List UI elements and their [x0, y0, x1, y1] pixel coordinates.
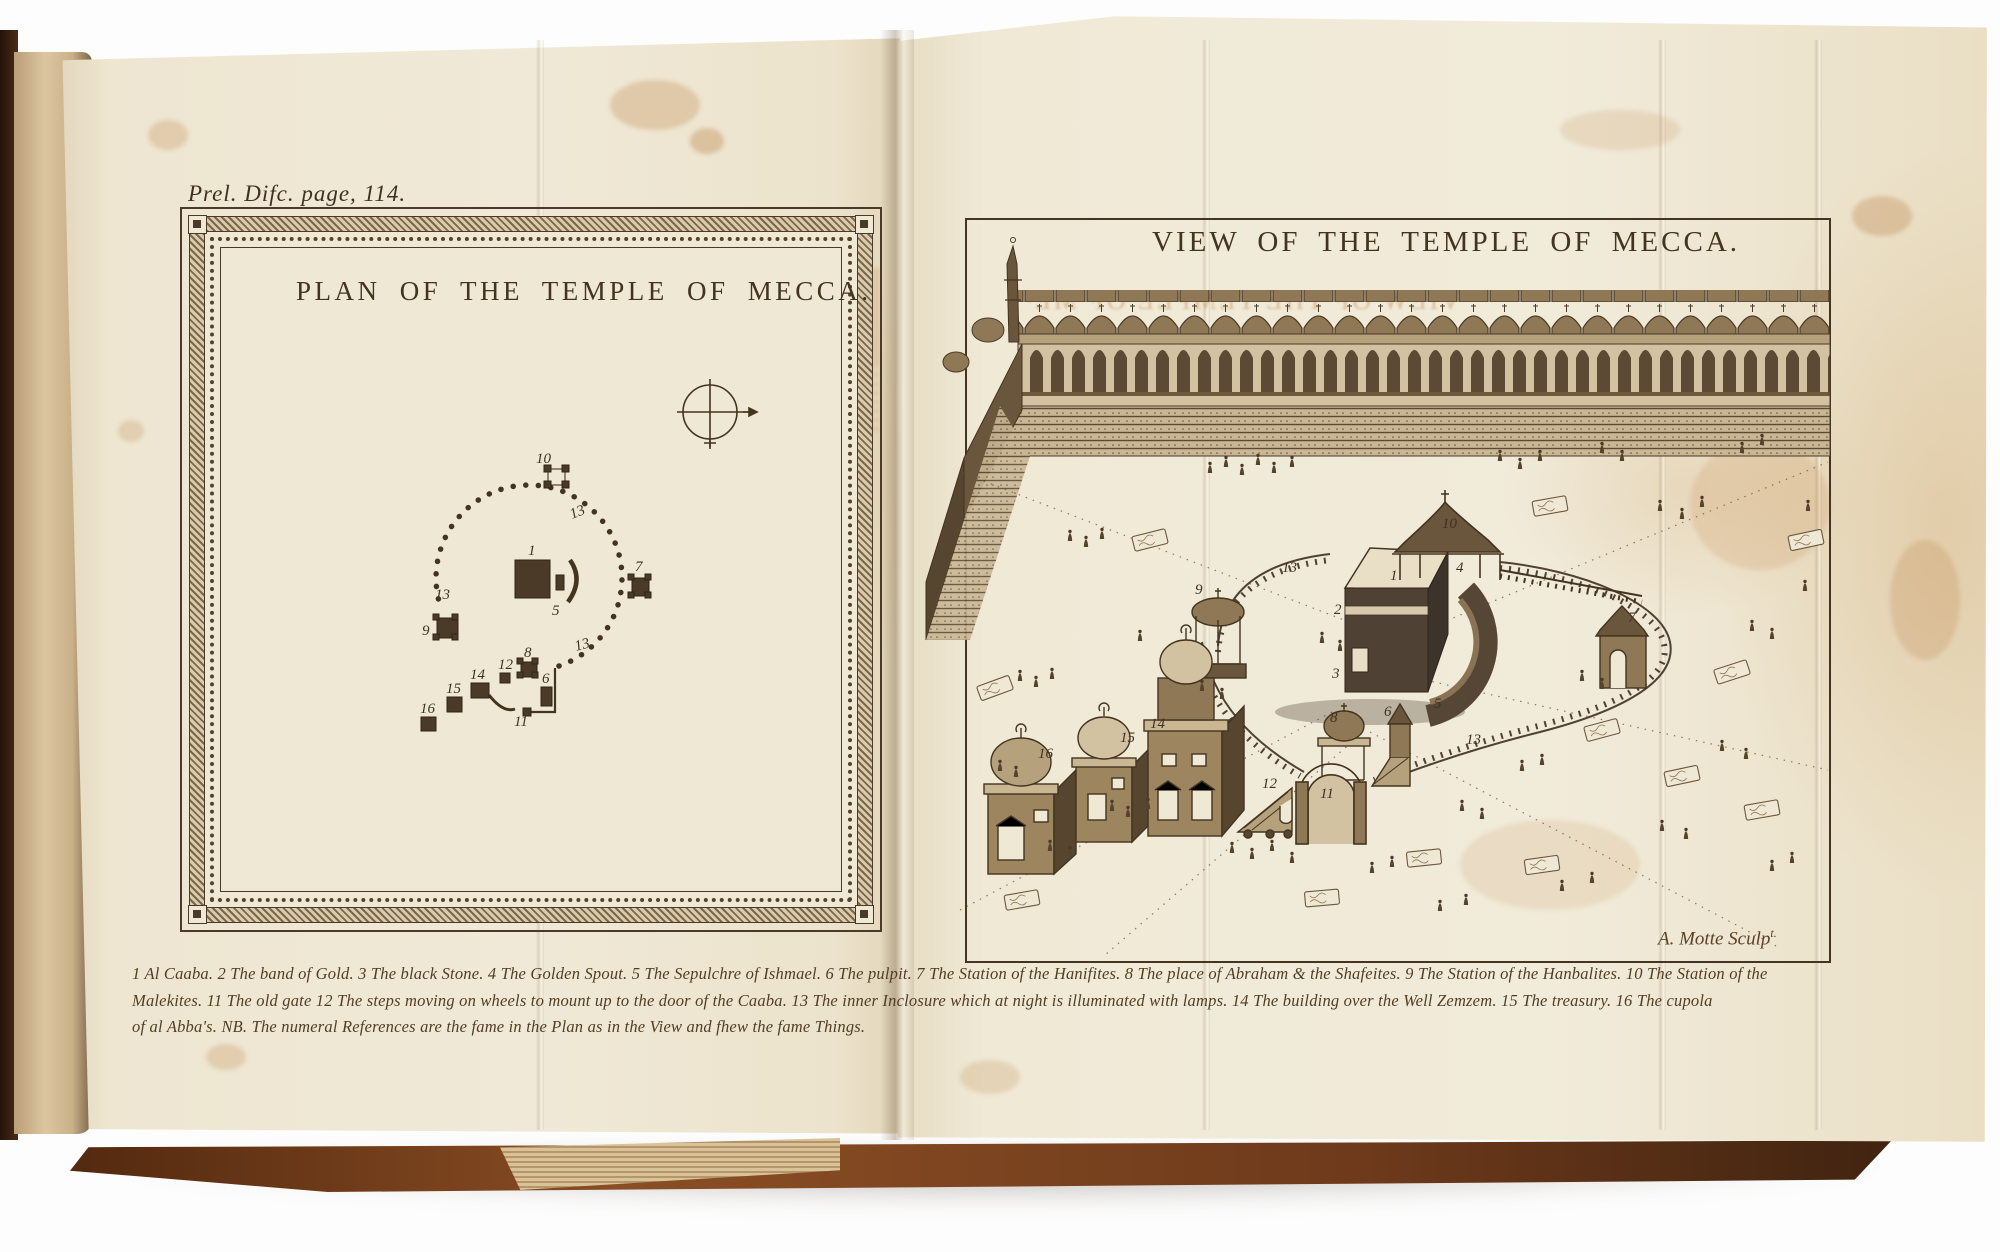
plan-structure-10: [544, 465, 569, 488]
caption-line-1: 1 Al Caaba. 2 The band of Gold. 3 The bl…: [132, 961, 1872, 988]
plan-structure-16: [421, 717, 436, 731]
plan-label-10: 10: [536, 451, 552, 467]
view-label-6: 6: [1384, 704, 1392, 720]
view-label-12: 12: [1262, 776, 1278, 792]
signature-superscript: t.: [1770, 926, 1776, 940]
book-photograph: VIEW OF THE TEMPLE OF MECCA. Prel. Difc.…: [0, 0, 2000, 1252]
plan-label-13b: 13: [435, 587, 450, 603]
view-label-13a: 13: [1282, 560, 1297, 576]
plan-steps-curve: [489, 695, 515, 710]
cupola-16: [984, 724, 1076, 874]
caaba-gold-band: [1345, 606, 1428, 615]
caaba: [1275, 548, 1487, 725]
fox-stain: [1560, 110, 1680, 150]
view-label-15: 15: [1120, 730, 1136, 746]
caaba-door: [1352, 648, 1368, 672]
view-label-4: 4: [1456, 560, 1464, 576]
plan-caaba-door: [556, 575, 564, 590]
view-label-5: 5: [1434, 696, 1442, 712]
plate-caption: 1 Al Caaba. 2 The band of Gold. 3 The bl…: [132, 961, 1872, 1041]
view-label-11: 11: [1320, 786, 1334, 802]
old-gate-11: [1296, 764, 1366, 844]
plan-label-5: 5: [552, 603, 560, 619]
view-label-13b: 13: [1466, 732, 1481, 748]
treasury-15: [1072, 703, 1150, 842]
view-label-16: 16: [1038, 746, 1054, 762]
plan-label-9: 9: [422, 623, 430, 639]
plan-structure-6: [541, 687, 552, 706]
view-label-8: 8: [1330, 710, 1338, 726]
plan-label-12: 12: [498, 657, 514, 673]
fox-stain: [148, 120, 188, 150]
plan-label-6: 6: [542, 671, 550, 687]
plan-label-15: 15: [446, 681, 462, 697]
view-label-3: 3: [1331, 666, 1340, 682]
signature-text: A. Motte Sculp: [1658, 928, 1770, 949]
view-label-9: 9: [1195, 582, 1203, 598]
plan-sepulchre-arc: [568, 560, 577, 602]
plan-structure-14: [471, 683, 489, 698]
compass-rose: [677, 379, 757, 449]
view-label-2: 2: [1334, 602, 1342, 618]
plan-drawing: 10 13 1 5 7 13 9 13 8 12 14 15 16 6 11: [180, 207, 878, 928]
plan-structure-7: [628, 574, 651, 598]
plan-label-1: 1: [528, 543, 536, 559]
caption-line-3: of al Abba's. NB. The numeral References…: [132, 1014, 1872, 1041]
plan-label-8: 8: [524, 645, 532, 661]
view-label-14: 14: [1150, 716, 1166, 732]
plan-label-13c: 13: [573, 636, 592, 655]
fox-stain: [960, 1060, 1020, 1094]
plan-structure-12: [500, 673, 510, 683]
plan-label-14: 14: [470, 667, 486, 683]
page-reference-note: Prel. Difc. page, 114.: [188, 181, 406, 207]
view-drawing: 10 1 2 3 4 5 6 7 8 9 11 12 13 13 14 15 1…: [900, 210, 1988, 960]
wheeled-steps-12: [1238, 788, 1292, 838]
fox-stain: [118, 420, 144, 442]
plan-structure-9: [433, 614, 458, 640]
plan-label-16: 16: [420, 701, 436, 717]
plan-caaba-1: [515, 560, 550, 598]
plan-structure-15: [447, 697, 462, 712]
view-label-1: 1: [1390, 568, 1398, 584]
fox-stain: [206, 1044, 246, 1070]
station-7: [1596, 606, 1648, 688]
plan-label-7: 7: [635, 559, 644, 575]
caption-line-2: Malekites. 11 The old gate 12 The steps …: [132, 988, 1872, 1015]
fox-stain: [690, 128, 724, 154]
engraver-signature: A. Motte Sculpt.: [1658, 926, 1777, 950]
fox-stain: [610, 80, 700, 130]
plan-structure-8: [517, 658, 538, 678]
view-label-10: 10: [1442, 516, 1458, 532]
plan-label-11: 11: [514, 714, 528, 730]
